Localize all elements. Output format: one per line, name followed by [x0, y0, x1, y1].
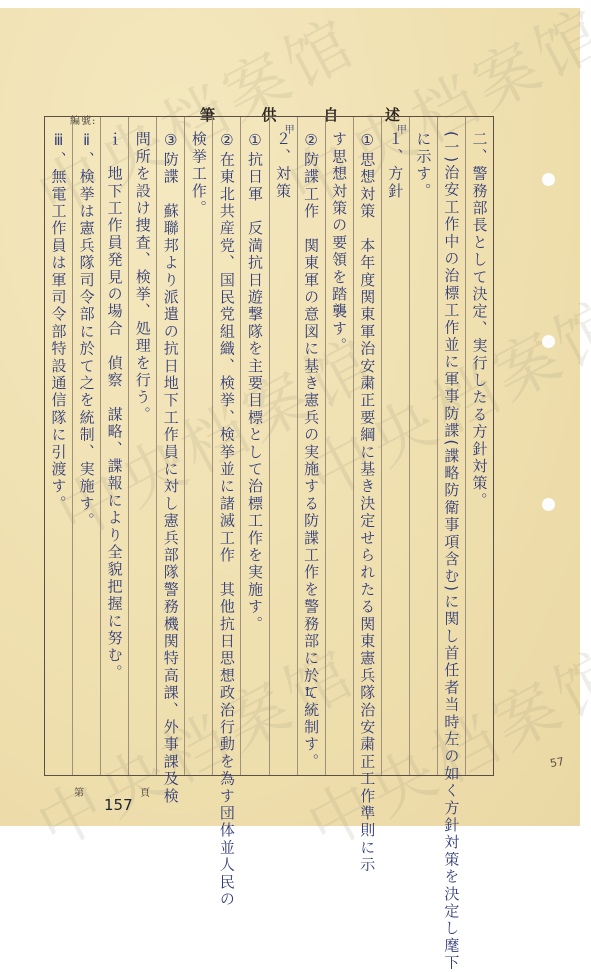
column-text: ①思想対策 本年度関東軍治安粛正要綱に基き決定せられたる関東憲兵隊治安粛正工作準…: [357, 117, 377, 775]
manuscript-column: ⅲ、無電工作員は軍司令部特設通信隊に引渡す。: [45, 117, 72, 775]
column-text: ①抗日軍 反満抗日遊撃隊を主要目標として治標工作を実施す。: [245, 117, 265, 775]
column-text: に示す。: [413, 117, 433, 775]
manuscript-column: に示す。: [409, 117, 437, 775]
column-text: ２、対策: [273, 117, 293, 775]
manuscript-column: ①抗日軍 反満抗日遊撃隊を主要目標として治標工作を実施す。: [240, 117, 268, 775]
corner-number: 57: [549, 755, 565, 770]
check-mark: L: [305, 685, 313, 699]
manuscript-column: １、方針甲: [381, 117, 409, 775]
document-page: 中央档案馆 中央档案馆 中央档案馆 中央档案馆 中央档案馆 中央档案馆 編號: …: [0, 8, 580, 826]
column-text: １、方針: [385, 117, 405, 775]
column-text: す思想対策の要領を踏襲す。: [329, 117, 349, 775]
manuscript-column: す思想対策の要領を踏襲す。: [325, 117, 353, 775]
page-number: 157: [104, 796, 133, 814]
manuscript-column: ⅱ、検挙は憲兵隊司令部に於て之を統制、実施す。: [72, 117, 100, 775]
manuscript-column: (一)治安工作中の治標工作並に軍事防諜(諜略防衛事項含む)に関し首任者当時左の如…: [437, 117, 465, 775]
column-text: ⅱ、検挙は憲兵隊司令部に於て之を統制、実施す。: [77, 117, 97, 775]
page-prefix: 第: [74, 784, 84, 799]
column-text: ②防諜工作 関東軍の意図に基き憲兵の実施する防諜工作を警務部に於て統制す。: [301, 117, 321, 775]
manuscript-column: ②防諜工作 関東軍の意図に基き憲兵の実施する防諜工作を警務部に於て統制す。: [297, 117, 325, 775]
manuscript-column: ①思想対策 本年度関東軍治安粛正要綱に基き決定せられたる関東憲兵隊治安粛正工作準…: [353, 117, 381, 775]
manuscript-column: ２、対策甲: [269, 117, 297, 775]
manuscript-column: ｉ 地下工作員発見の場合 偵察 謀略、諜報により全貌把握に努む。: [100, 117, 128, 775]
manuscript-column: 問所を設け捜査、検挙、処理を行う。: [128, 117, 156, 775]
manuscript-column: ③防諜 蘇聯邦より派遣の抗日地下工作員に対し憲兵部隊警務機関特高課、外事課及検: [156, 117, 184, 775]
column-text: ③防諜 蘇聯邦より派遣の抗日地下工作員に対し憲兵部隊警務機関特高課、外事課及検: [161, 117, 181, 775]
binder-hole: [542, 173, 555, 186]
manuscript-column: 検挙工作。: [184, 117, 212, 775]
margin-mark: 甲: [285, 121, 295, 136]
column-text: 二、警務部長として決定、実行したる方針対策。: [469, 117, 489, 775]
manuscript-grid: 二、警務部長として決定、実行したる方針対策。(一)治安工作中の治標工作並に軍事防…: [44, 116, 494, 776]
manuscript-column: ②在東北共産党、国民党組織、検挙、検挙並に諸滅工作 其他抗日思想政治行動を為す団…: [212, 117, 240, 775]
column-text: ②在東北共産党、国民党組織、検挙、検挙並に諸滅工作 其他抗日思想政治行動を為す団…: [217, 117, 237, 775]
page-suffix: 頁: [140, 784, 150, 799]
manuscript-column: 二、警務部長として決定、実行したる方針対策。: [465, 117, 493, 775]
binder-hole: [542, 335, 555, 348]
column-text: 問所を設け捜査、検挙、処理を行う。: [133, 117, 153, 775]
binder-hole: [542, 498, 555, 511]
column-text: ⅲ、無電工作員は軍司令部特設通信隊に引渡す。: [49, 117, 69, 775]
column-text: (一)治安工作中の治標工作並に軍事防諜(諜略防衛事項含む)に関し首任者当時左の如…: [441, 117, 461, 775]
column-text: ｉ 地下工作員発見の場合 偵察 謀略、諜報により全貌把握に努む。: [105, 117, 125, 775]
margin-mark: 甲: [397, 121, 407, 136]
column-text: 検挙工作。: [189, 117, 209, 775]
